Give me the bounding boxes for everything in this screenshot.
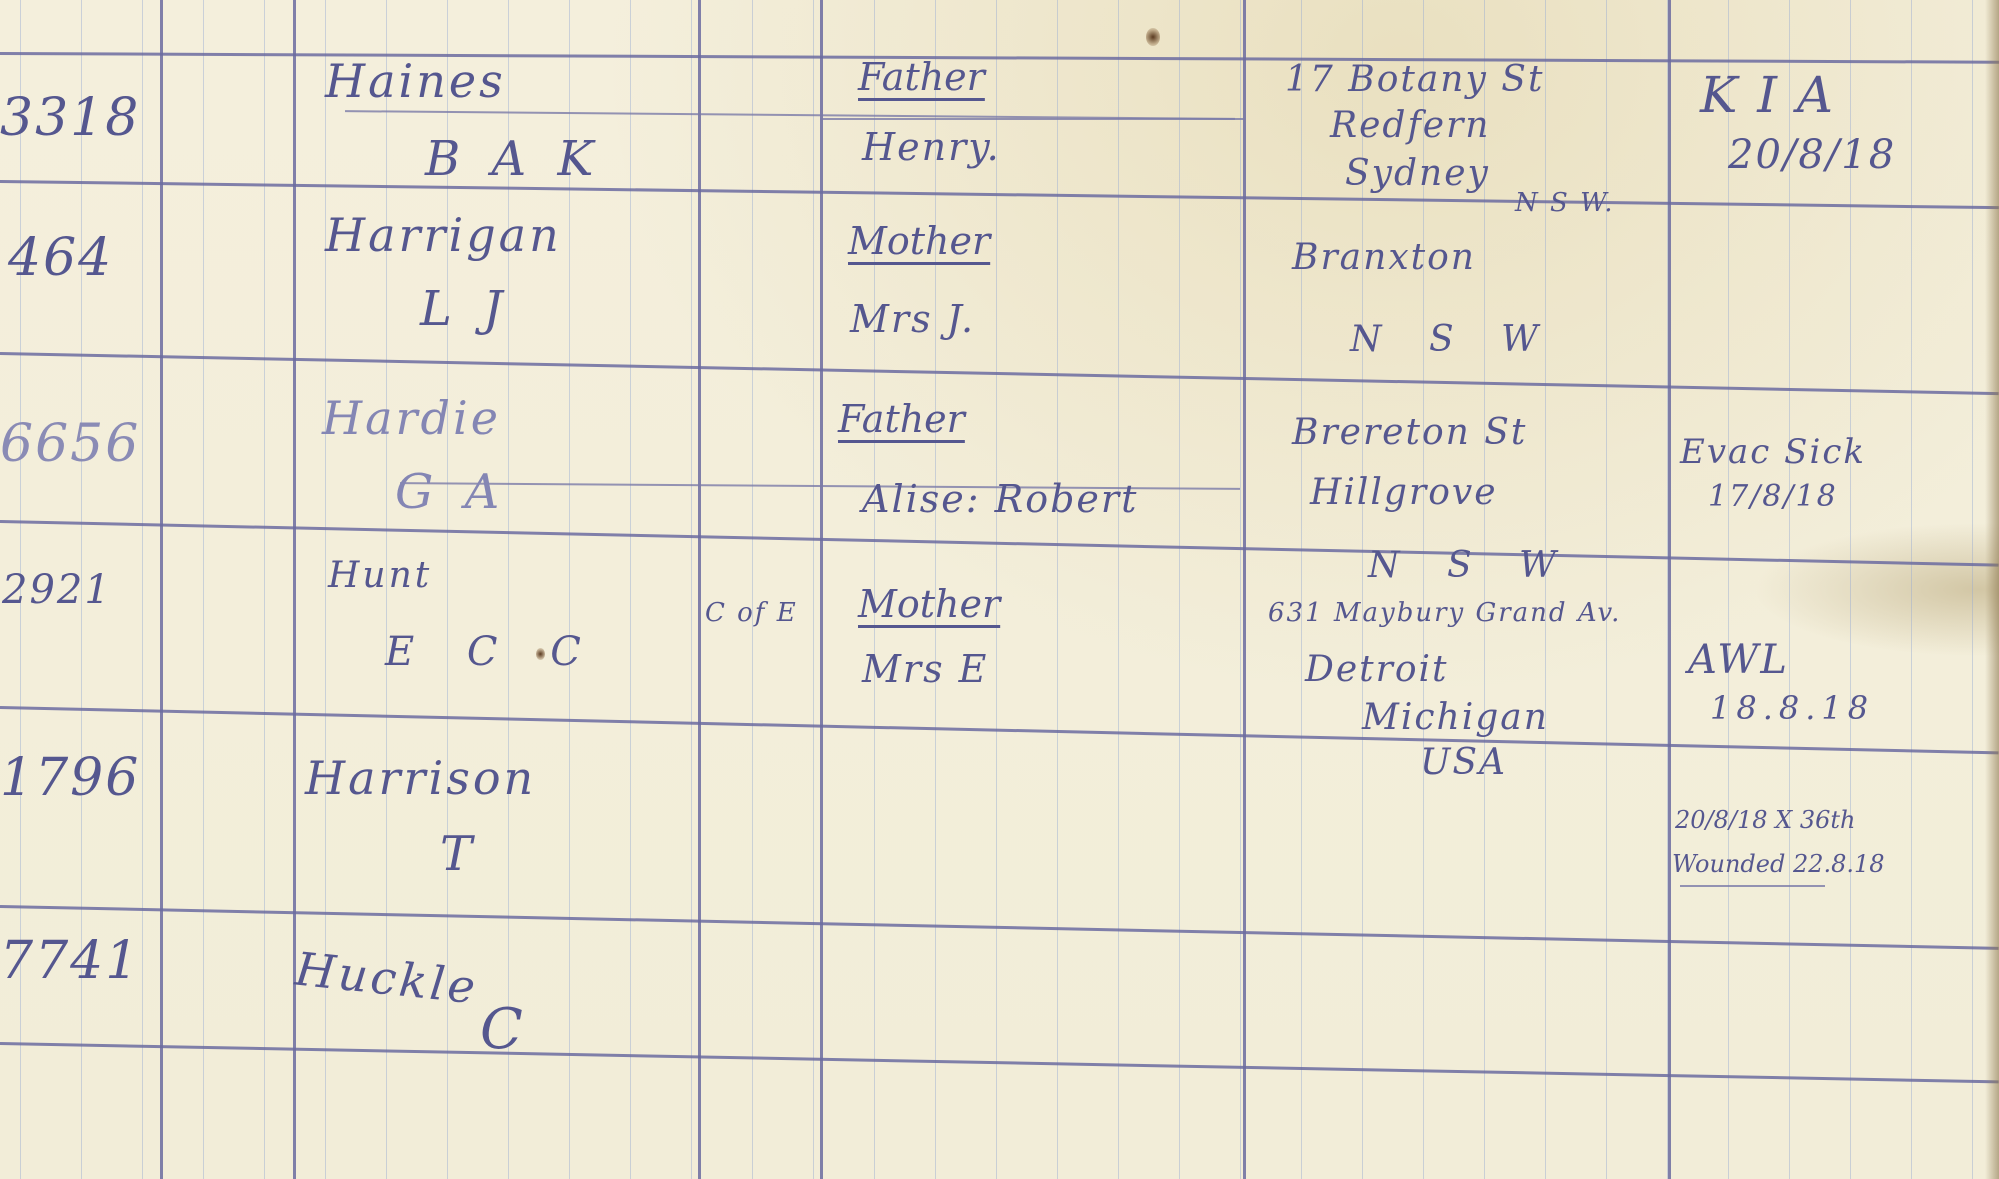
remark: Evac Sick (1680, 435, 1866, 469)
faint-rule-line (1118, 0, 1119, 1179)
kin-name: Mrs E (862, 650, 988, 688)
remark: 20/8/18 X 36th (1675, 808, 1856, 832)
faint-rule-line (630, 0, 631, 1179)
address-line: N S W. (1515, 190, 1615, 216)
row-divider (0, 352, 1999, 395)
surname: Haines (325, 58, 506, 104)
initials: G A (395, 468, 507, 516)
row-divider (0, 706, 1999, 754)
faint-rule-line (325, 0, 326, 1179)
initials: L J (420, 285, 510, 333)
faint-rule-line (264, 0, 265, 1179)
address-line: N S W (1368, 548, 1574, 584)
row-divider (0, 520, 1999, 567)
faint-rule-line (691, 0, 692, 1179)
row-divider (0, 180, 1999, 209)
remark: 18.8.18 (1710, 692, 1874, 724)
address-line: Michigan (1362, 700, 1549, 736)
faint-rule-line (1301, 0, 1302, 1179)
register-page: 3318 Haines B A K Father Henry. 17 Botan… (0, 0, 1999, 1179)
reg-number: 3318 (0, 92, 140, 144)
faint-rule-line (1240, 0, 1241, 1179)
kin-name: Alise: Robert (862, 480, 1138, 518)
faint-rule-line (142, 0, 143, 1179)
surname: Huckle (293, 946, 480, 1011)
remark: Wounded 22.8.18 (1672, 852, 1885, 876)
column-divider (1243, 0, 1246, 1179)
kin-relation: Mother (848, 222, 990, 260)
faint-rule-line (1057, 0, 1058, 1179)
address-line: Branxton (1292, 240, 1476, 276)
row-divider (0, 52, 1999, 64)
initials: C (480, 1002, 531, 1058)
surname: Harrison (305, 755, 536, 801)
address-line: USA (1420, 745, 1507, 781)
page-edge-shadow (1985, 0, 1999, 1179)
initials: B A K (425, 135, 601, 183)
reg-number: 1796 (0, 752, 140, 804)
kin-name: Henry. (862, 128, 1001, 166)
address-line: N S W (1350, 322, 1556, 358)
column-divider (820, 0, 823, 1179)
remark: K I A (1700, 70, 1835, 120)
column-divider (1668, 0, 1671, 1179)
faint-rule-line (1911, 0, 1912, 1179)
faint-rule-line (813, 0, 814, 1179)
remark: 20/8/18 (1728, 135, 1896, 175)
remark-underline (1680, 885, 1825, 887)
column-divider (160, 0, 163, 1179)
remark: AWL (1688, 640, 1789, 680)
row-divider (0, 1042, 1999, 1083)
surname: Harrigan (325, 212, 562, 258)
faint-rule-line (1972, 0, 1973, 1179)
faint-rule-line (1606, 0, 1607, 1179)
religion: C of E (705, 600, 798, 626)
reg-number: 7741 (0, 935, 140, 987)
column-divider (698, 0, 701, 1179)
address-line: 631 Maybury Grand Av. (1268, 600, 1621, 626)
kin-name: Mrs J. (850, 300, 975, 338)
address-line: Sydney (1345, 156, 1490, 192)
address-line: Redfern (1330, 108, 1490, 144)
faint-rule-line (1179, 0, 1180, 1179)
reg-number: 6656 (0, 418, 140, 470)
kin-relation: Mother (858, 585, 1000, 623)
initials: E C C (385, 632, 601, 672)
column-divider (293, 0, 296, 1179)
address-line: 17 Botany St (1285, 62, 1544, 98)
address-line: Detroit (1305, 652, 1449, 688)
surname: Hunt (328, 558, 432, 594)
kin-divider (820, 118, 1245, 120)
address-line: Brereton St (1292, 415, 1527, 451)
faint-rule-line (203, 0, 204, 1179)
kin-relation: Father (858, 58, 985, 96)
faint-rule-line (752, 0, 753, 1179)
remark: 17/8/18 (1708, 482, 1838, 512)
faint-rule-line (1545, 0, 1546, 1179)
reg-number: 2921 (2, 570, 112, 610)
surname: Hardie (322, 395, 501, 441)
address-line: Hillgrove (1310, 475, 1498, 511)
ink-stain (1146, 28, 1160, 46)
kin-relation: Father (838, 400, 965, 438)
reg-number: 464 (8, 232, 113, 284)
initials: T (440, 830, 480, 878)
